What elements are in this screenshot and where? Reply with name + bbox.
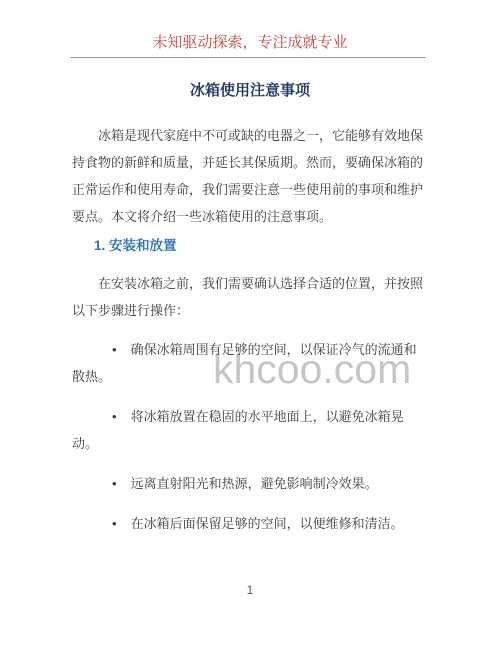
bullet-item: •远离直射阳光和热源，避免影响制冷效果。 (72, 470, 428, 497)
bullet-text: 在冰箱后面保留足够的空间，以便维修和清洁。 (131, 516, 404, 531)
bullet-item: •确保冰箱周围有足够的空间，以保证冷气的流通和散热。 (72, 336, 428, 390)
page-number: 1 (0, 583, 500, 597)
document-title: 冰箱使用注意事项 (72, 79, 428, 100)
bullet-item: •在冰箱后面保留足够的空间，以便维修和清洁。 (72, 510, 428, 537)
intro-paragraph: 冰箱是现代家庭中不可或缺的电器之一，它能够有效地保持食物的新鲜和质量，并延长其保… (72, 122, 428, 230)
bullet-icon: • (112, 476, 131, 491)
document-page: 未知驱动探索，专注成就专业 冰箱使用注意事项 冰箱是现代家庭中不可或缺的电器之一… (0, 0, 500, 647)
bullet-icon: • (112, 342, 131, 357)
bullet-icon: • (112, 516, 131, 531)
bullet-text: 远离直射阳光和热源，避免影响制冷效果。 (131, 476, 378, 491)
section-heading-install: 1. 安装和放置 (94, 236, 428, 256)
header-slogan: 未知驱动探索，专注成就专业 (72, 34, 428, 52)
bullet-icon: • (112, 409, 131, 424)
header-divider-line (70, 57, 426, 58)
document-body: 冰箱是现代家庭中不可或缺的电器之一，它能够有效地保持食物的新鲜和质量，并延长其保… (72, 122, 428, 550)
bullet-list: •确保冰箱周围有足够的空间，以保证冷气的流通和散热。 •将冰箱放置在稳固的水平地… (72, 336, 428, 537)
bullet-item: •将冰箱放置在稳固的水平地面上，以避免冰箱晃动。 (72, 403, 428, 457)
section-lead-paragraph: 在安装冰箱之前，我们需要确认选择合适的位置，并按照以下步骤进行操作： (72, 270, 428, 324)
